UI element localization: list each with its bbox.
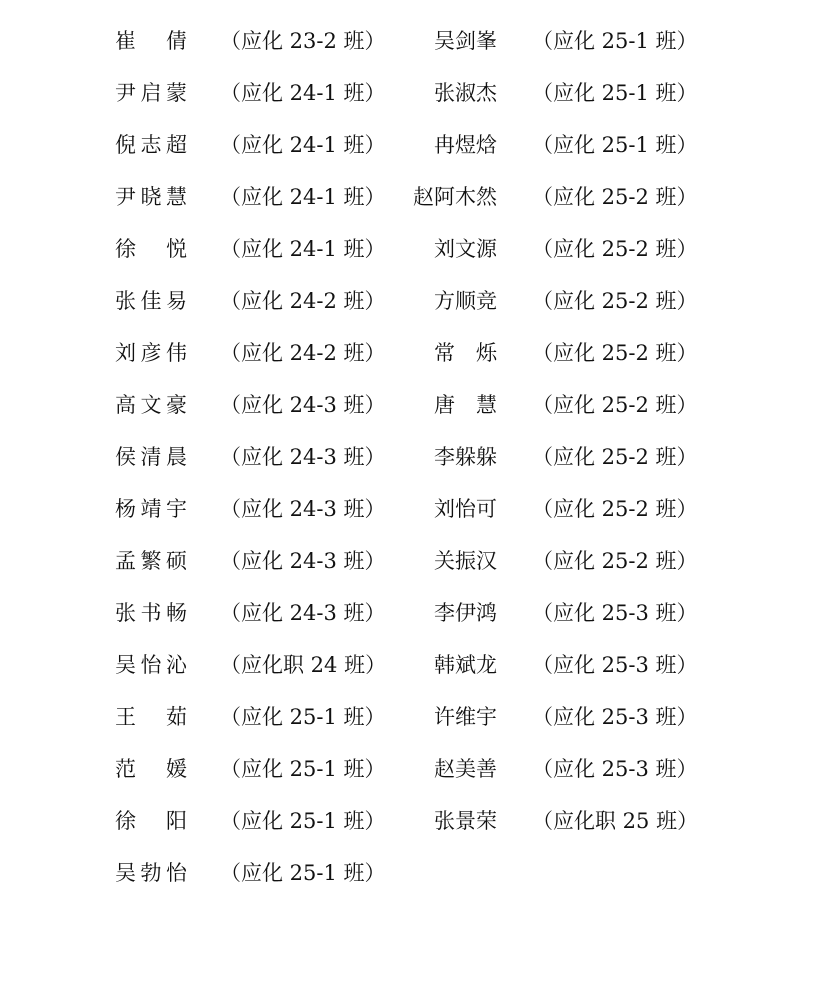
list-row: 孟繁硕 （应化 24-3 班） 关振汉 （应化 25-2 班） — [0, 546, 826, 598]
student-name: 高文豪 — [115, 390, 187, 420]
list-row: 吴勃怡 （应化 25-1 班） — [0, 858, 826, 910]
student-name: 范 媛 — [115, 754, 187, 784]
student-name: 赵美善 — [400, 754, 497, 784]
student-name: 张淑杰 — [400, 78, 497, 108]
student-class: （应化 24-3 班） — [220, 442, 386, 472]
student-class: （应化 23-2 班） — [220, 26, 386, 56]
student-class: （应化 24-3 班） — [220, 598, 386, 628]
student-class: （应化 25-3 班） — [532, 598, 698, 628]
student-class: （应化 24-2 班） — [220, 338, 386, 368]
student-name: 刘彦伟 — [115, 338, 187, 368]
student-name: 张书畅 — [115, 598, 187, 628]
student-class: （应化 25-1 班） — [220, 702, 386, 732]
list-row: 徐 阳 （应化 25-1 班） 张景荣 （应化职 25 班） — [0, 806, 826, 858]
student-class: （应化 25-2 班） — [532, 338, 698, 368]
list-row: 尹晓慧 （应化 24-1 班） 赵阿木然 （应化 25-2 班） — [0, 182, 826, 234]
list-row: 高文豪 （应化 24-3 班） 唐 慧 （应化 25-2 班） — [0, 390, 826, 442]
student-class: （应化 24-3 班） — [220, 546, 386, 576]
student-class: （应化 25-1 班） — [532, 78, 698, 108]
student-name: 倪志超 — [115, 130, 187, 160]
student-class: （应化 25-2 班） — [532, 286, 698, 316]
student-class: （应化 25-1 班） — [220, 806, 386, 836]
student-class: （应化 24-2 班） — [220, 286, 386, 316]
student-class: （应化 25-3 班） — [532, 650, 698, 680]
list-row: 范 媛 （应化 25-1 班） 赵美善 （应化 25-3 班） — [0, 754, 826, 806]
student-class: （应化 25-2 班） — [532, 442, 698, 472]
student-name: 孟繁硕 — [115, 546, 187, 576]
student-name: 吴勃怡 — [115, 858, 187, 888]
list-row: 王 茹 （应化 25-1 班） 许维宇 （应化 25-3 班） — [0, 702, 826, 754]
student-name: 许维宇 — [400, 702, 497, 732]
student-name: 徐 阳 — [115, 806, 187, 836]
student-class: （应化 25-1 班） — [532, 26, 698, 56]
student-class: （应化 24-1 班） — [220, 234, 386, 264]
student-name: 尹晓慧 — [115, 182, 187, 212]
student-class: （应化 24-3 班） — [220, 390, 386, 420]
student-class: （应化 25-2 班） — [532, 546, 698, 576]
student-class: （应化 25-1 班） — [220, 754, 386, 784]
student-name: 张景荣 — [400, 806, 497, 836]
student-class: （应化 25-2 班） — [532, 390, 698, 420]
student-name: 唐 慧 — [400, 390, 497, 420]
name-list-page: 崔 倩 （应化 23-2 班） 吴剑峯 （应化 25-1 班） 尹启蒙 （应化 … — [0, 0, 826, 991]
student-name: 李伊鸿 — [400, 598, 497, 628]
student-class: （应化 25-1 班） — [220, 858, 386, 888]
list-row: 徐 悦 （应化 24-1 班） 刘文源 （应化 25-2 班） — [0, 234, 826, 286]
student-class: （应化 25-2 班） — [532, 494, 698, 524]
student-class: （应化 24-3 班） — [220, 494, 386, 524]
student-name: 常 烁 — [400, 338, 497, 368]
student-name: 李躲躲 — [400, 442, 497, 472]
student-name: 侯清晨 — [115, 442, 187, 472]
student-name: 赵阿木然 — [400, 182, 497, 212]
student-name: 徐 悦 — [115, 234, 187, 264]
list-row: 尹启蒙 （应化 24-1 班） 张淑杰 （应化 25-1 班） — [0, 78, 826, 130]
student-name: 吴怡沁 — [115, 650, 187, 680]
student-class: （应化职 25 班） — [532, 806, 698, 836]
student-name: 张佳易 — [115, 286, 187, 316]
list-row: 杨靖宇 （应化 24-3 班） 刘怡可 （应化 25-2 班） — [0, 494, 826, 546]
student-name: 冉煜焓 — [400, 130, 497, 160]
list-row: 张佳易 （应化 24-2 班） 方顺竞 （应化 25-2 班） — [0, 286, 826, 338]
list-row: 倪志超 （应化 24-1 班） 冉煜焓 （应化 25-1 班） — [0, 130, 826, 182]
list-row: 刘彦伟 （应化 24-2 班） 常 烁 （应化 25-2 班） — [0, 338, 826, 390]
student-class: （应化 25-3 班） — [532, 754, 698, 784]
student-class: （应化 24-1 班） — [220, 130, 386, 160]
student-class: （应化 24-1 班） — [220, 182, 386, 212]
student-class: （应化 25-3 班） — [532, 702, 698, 732]
student-name: 崔 倩 — [115, 26, 187, 56]
student-name: 尹启蒙 — [115, 78, 187, 108]
student-class: （应化 25-2 班） — [532, 234, 698, 264]
student-class: （应化职 24 班） — [220, 650, 386, 680]
list-row: 侯清晨 （应化 24-3 班） 李躲躲 （应化 25-2 班） — [0, 442, 826, 494]
list-row: 吴怡沁 （应化职 24 班） 韩斌龙 （应化 25-3 班） — [0, 650, 826, 702]
student-class: （应化 25-1 班） — [532, 130, 698, 160]
list-row: 张书畅 （应化 24-3 班） 李伊鸿 （应化 25-3 班） — [0, 598, 826, 650]
student-name: 刘文源 — [400, 234, 497, 264]
list-row: 崔 倩 （应化 23-2 班） 吴剑峯 （应化 25-1 班） — [0, 26, 826, 78]
student-name: 韩斌龙 — [400, 650, 497, 680]
student-name: 方顺竞 — [400, 286, 497, 316]
student-name: 杨靖宇 — [115, 494, 187, 524]
student-class: （应化 25-2 班） — [532, 182, 698, 212]
student-name: 刘怡可 — [400, 494, 497, 524]
student-name: 关振汉 — [400, 546, 497, 576]
student-class: （应化 24-1 班） — [220, 78, 386, 108]
student-name: 王 茹 — [115, 702, 187, 732]
student-name: 吴剑峯 — [400, 26, 497, 56]
